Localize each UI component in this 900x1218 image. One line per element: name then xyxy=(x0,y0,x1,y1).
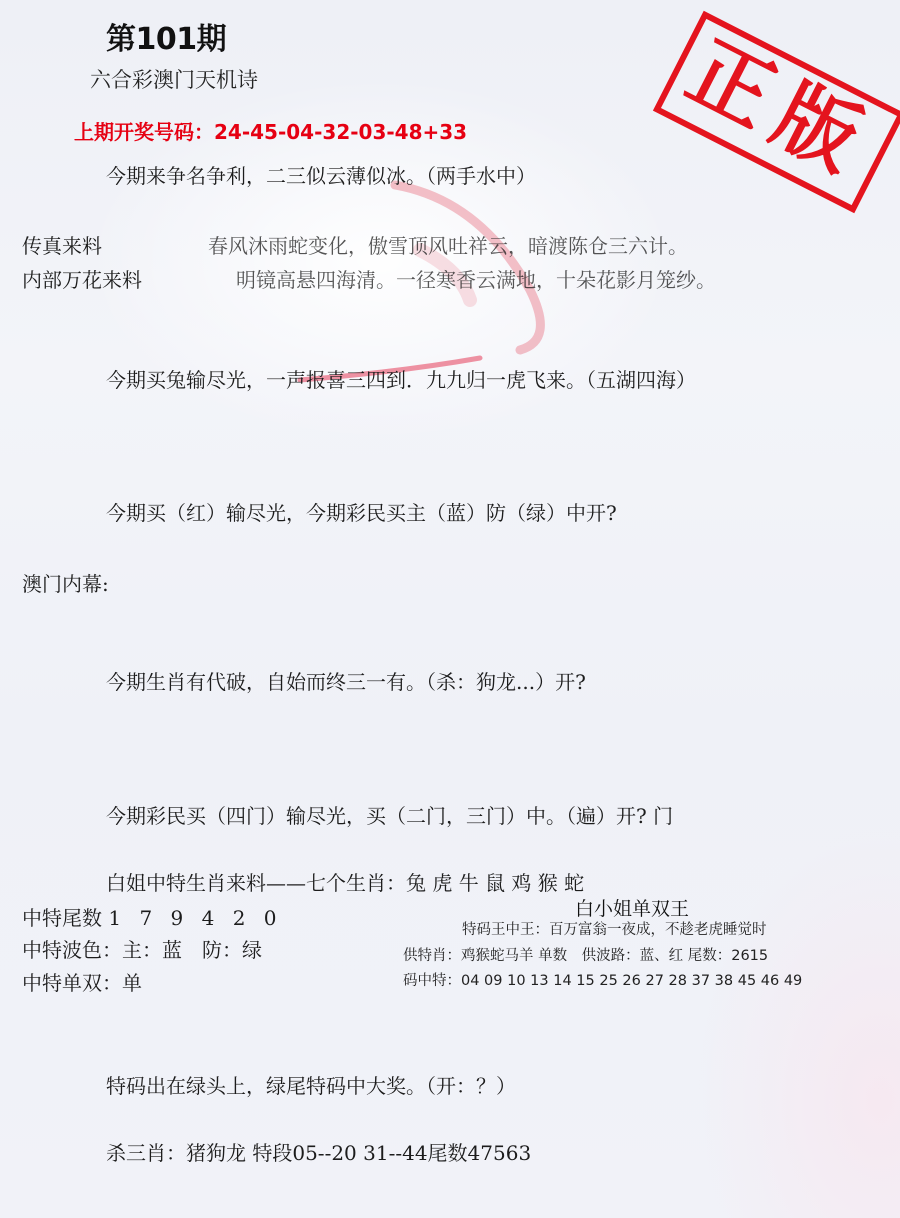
poem-line-3: 今期买（红）输尽光，今期彩民买主（蓝）防（绿）中开? xyxy=(106,497,617,526)
zodiac-line: 白姐中特生肖来料——七个生肖：兔 虎 牛 鼠 鸡 猴 蛇 xyxy=(106,867,584,896)
wave-color: 中特波色：主：蓝 防：绿 xyxy=(22,934,262,963)
panel-line-1: 特码王中王：百万富翁一夜成，不趁老虎睡觉时 xyxy=(462,918,767,939)
tail-value: 1 7 9 4 2 0 xyxy=(108,906,282,930)
tail-number-row: 中特尾数 1 7 9 4 2 0 xyxy=(22,902,283,931)
poem-line-1: 今期来争名争利，二三似云薄似冰。（两手水中） xyxy=(106,160,536,189)
footer-line-1: 特码出在绿头上，绿尾特码中大奖。（开：？） xyxy=(106,1070,516,1099)
macau-label: 澳门内幕: xyxy=(22,568,109,597)
odd-even: 中特单双：单 xyxy=(22,967,142,996)
inside-text: 明镜高悬四海清。一径寒香云满地，十朵花影月笼纱。 xyxy=(236,264,716,293)
subtitle: 六合彩澳门天机诗 xyxy=(90,64,258,94)
inside-label: 内部万花来料 xyxy=(22,264,142,293)
authentic-stamp: 正版 xyxy=(653,11,900,213)
fax-label: 传真来料 xyxy=(22,230,102,259)
issue-title: 第101期 xyxy=(106,14,226,58)
stamp-text: 正版 xyxy=(657,14,900,206)
panel-line-3: 码中特：04 09 10 13 14 15 25 26 27 28 37 38 … xyxy=(403,969,802,990)
tail-label: 中特尾数 xyxy=(22,906,102,930)
poem-line-2: 今期买兔输尽光，一声报喜三四到．九九归一虎飞来。（五湖四海） xyxy=(106,364,696,393)
last-draw-numbers: 上期开奖号码：24-45-04-32-03-48+33 xyxy=(74,116,467,145)
poem-line-4: 今期生肖有代破，自始而终三一有。（杀：狗龙...）开? xyxy=(106,666,586,695)
footer-line-2: 杀三肖：猪狗龙 特段05--20 31--44尾数47563 xyxy=(106,1137,531,1166)
panel-title: 白小姐单双王 xyxy=(575,894,689,921)
panel-line-2: 供特肖：鸡猴蛇马羊 单数 供波路：蓝、红 尾数：2615 xyxy=(403,944,768,965)
fax-text: 春风沐雨蛇变化，傲雪顶风吐祥云，暗渡陈仓三六计。 xyxy=(208,230,688,259)
poem-line-5: 今期彩民买（四门）输尽光，买（二门，三门）中。（遍）开? 门 xyxy=(106,800,673,829)
